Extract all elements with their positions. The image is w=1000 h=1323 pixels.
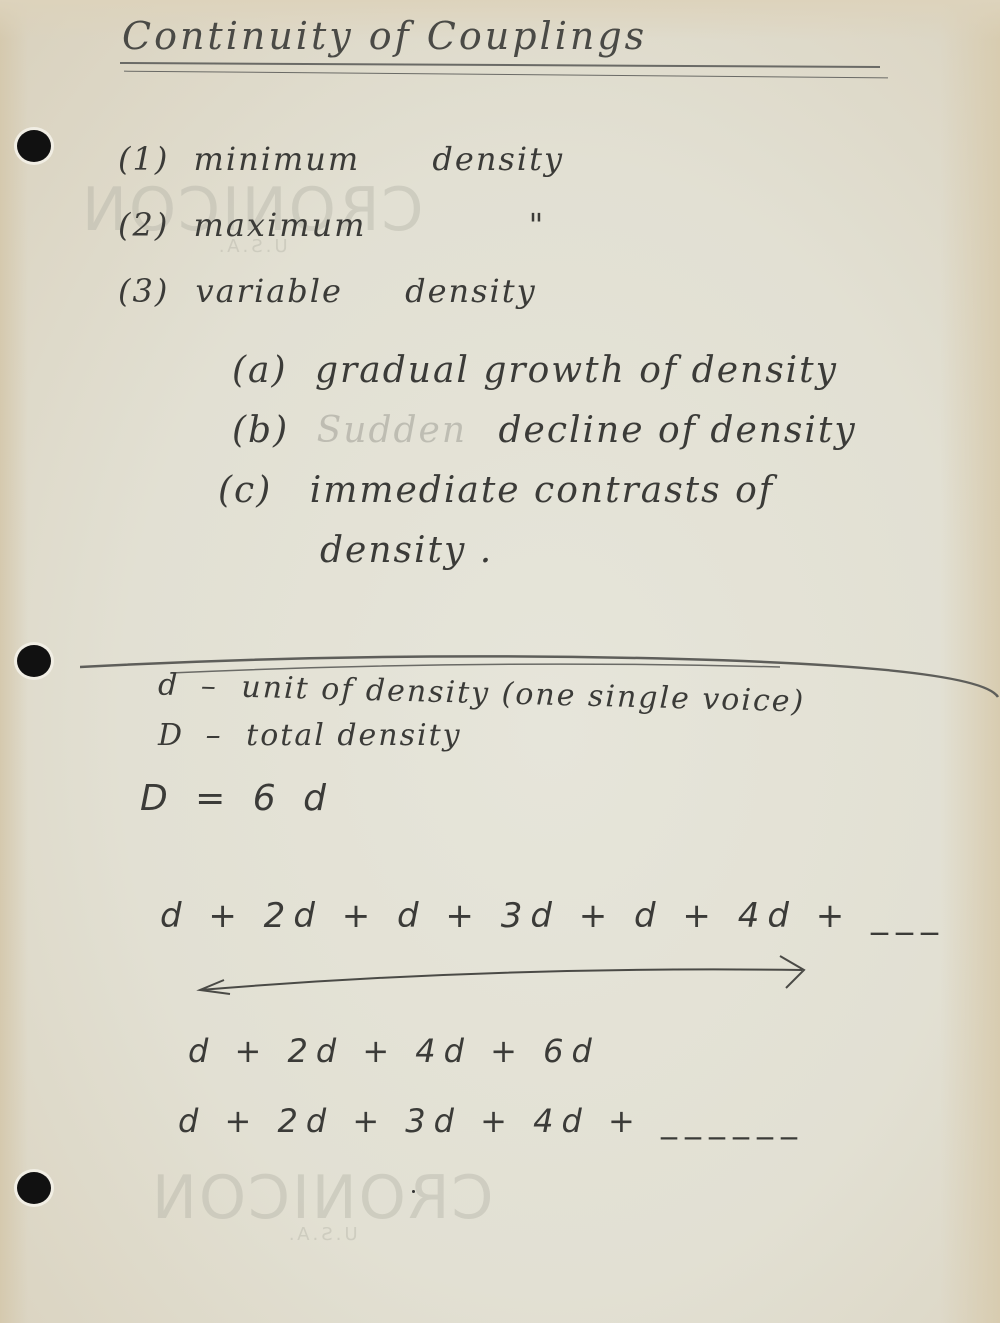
sub-list-marker: (b)	[232, 410, 289, 451]
list-marker: (2)	[118, 206, 169, 244]
pencil-dot	[412, 1190, 415, 1193]
series-line: d + 2d + d + 3d + d + 4d + ___	[160, 896, 946, 936]
sub-list-text: gradual growth of density	[315, 350, 838, 391]
ditto-mark: "	[529, 206, 546, 244]
equation: D = 6 d	[140, 778, 334, 819]
list-suffix: density	[432, 140, 564, 178]
list-item: (3) variable density	[118, 272, 537, 310]
sub-list-item: (b) Sudden decline of density	[232, 410, 857, 451]
sub-list-item: (a) gradual growth of density	[232, 350, 838, 391]
definition-dash: –	[200, 669, 218, 704]
double-arrow-icon	[190, 950, 820, 1000]
list-text: minimum	[194, 140, 361, 178]
definition-dash: –	[206, 718, 223, 753]
list-text: variable	[196, 272, 343, 310]
definition-symbol: D	[158, 718, 184, 753]
list-marker: (1)	[118, 140, 169, 178]
list-suffix: density	[405, 272, 537, 310]
binder-hole-icon	[17, 1172, 51, 1204]
definition-symbol: d	[158, 668, 180, 704]
series-line: d + 2d + 4d + 6d	[188, 1032, 600, 1070]
title-underline	[120, 62, 880, 68]
binder-hole-icon	[17, 645, 51, 677]
binder-hole-icon	[17, 130, 51, 162]
list-item: (1) minimum density	[118, 140, 564, 178]
sub-list-marker: (a)	[232, 350, 288, 391]
list-marker: (3)	[118, 272, 169, 310]
sub-list-text: decline of density	[498, 410, 856, 451]
definition-line: D – total density	[158, 718, 462, 753]
sub-list-continuation: density .	[320, 530, 493, 571]
title-underline	[124, 71, 888, 79]
erased-word: Sudden	[317, 410, 467, 451]
notebook-page: CRONICON U.S.A. CRONICON U.S.A. Continui…	[0, 0, 1000, 1323]
definition-text: total density	[246, 718, 461, 753]
watermark: CRONICON U.S.A.	[150, 1168, 493, 1245]
sub-list-marker: (c)	[218, 470, 272, 511]
sub-list-item: (c) immediate contrasts of	[218, 470, 774, 511]
sub-list-text: immediate contrasts of	[310, 470, 774, 511]
series-line: d + 2d + 3d + 4d + ______	[178, 1102, 805, 1140]
page-title: Continuity of Couplings	[122, 14, 647, 58]
watermark-brand: CRONICON	[150, 1168, 493, 1228]
list-item: (2) maximum "	[118, 206, 545, 244]
list-text: maximum	[194, 206, 367, 244]
